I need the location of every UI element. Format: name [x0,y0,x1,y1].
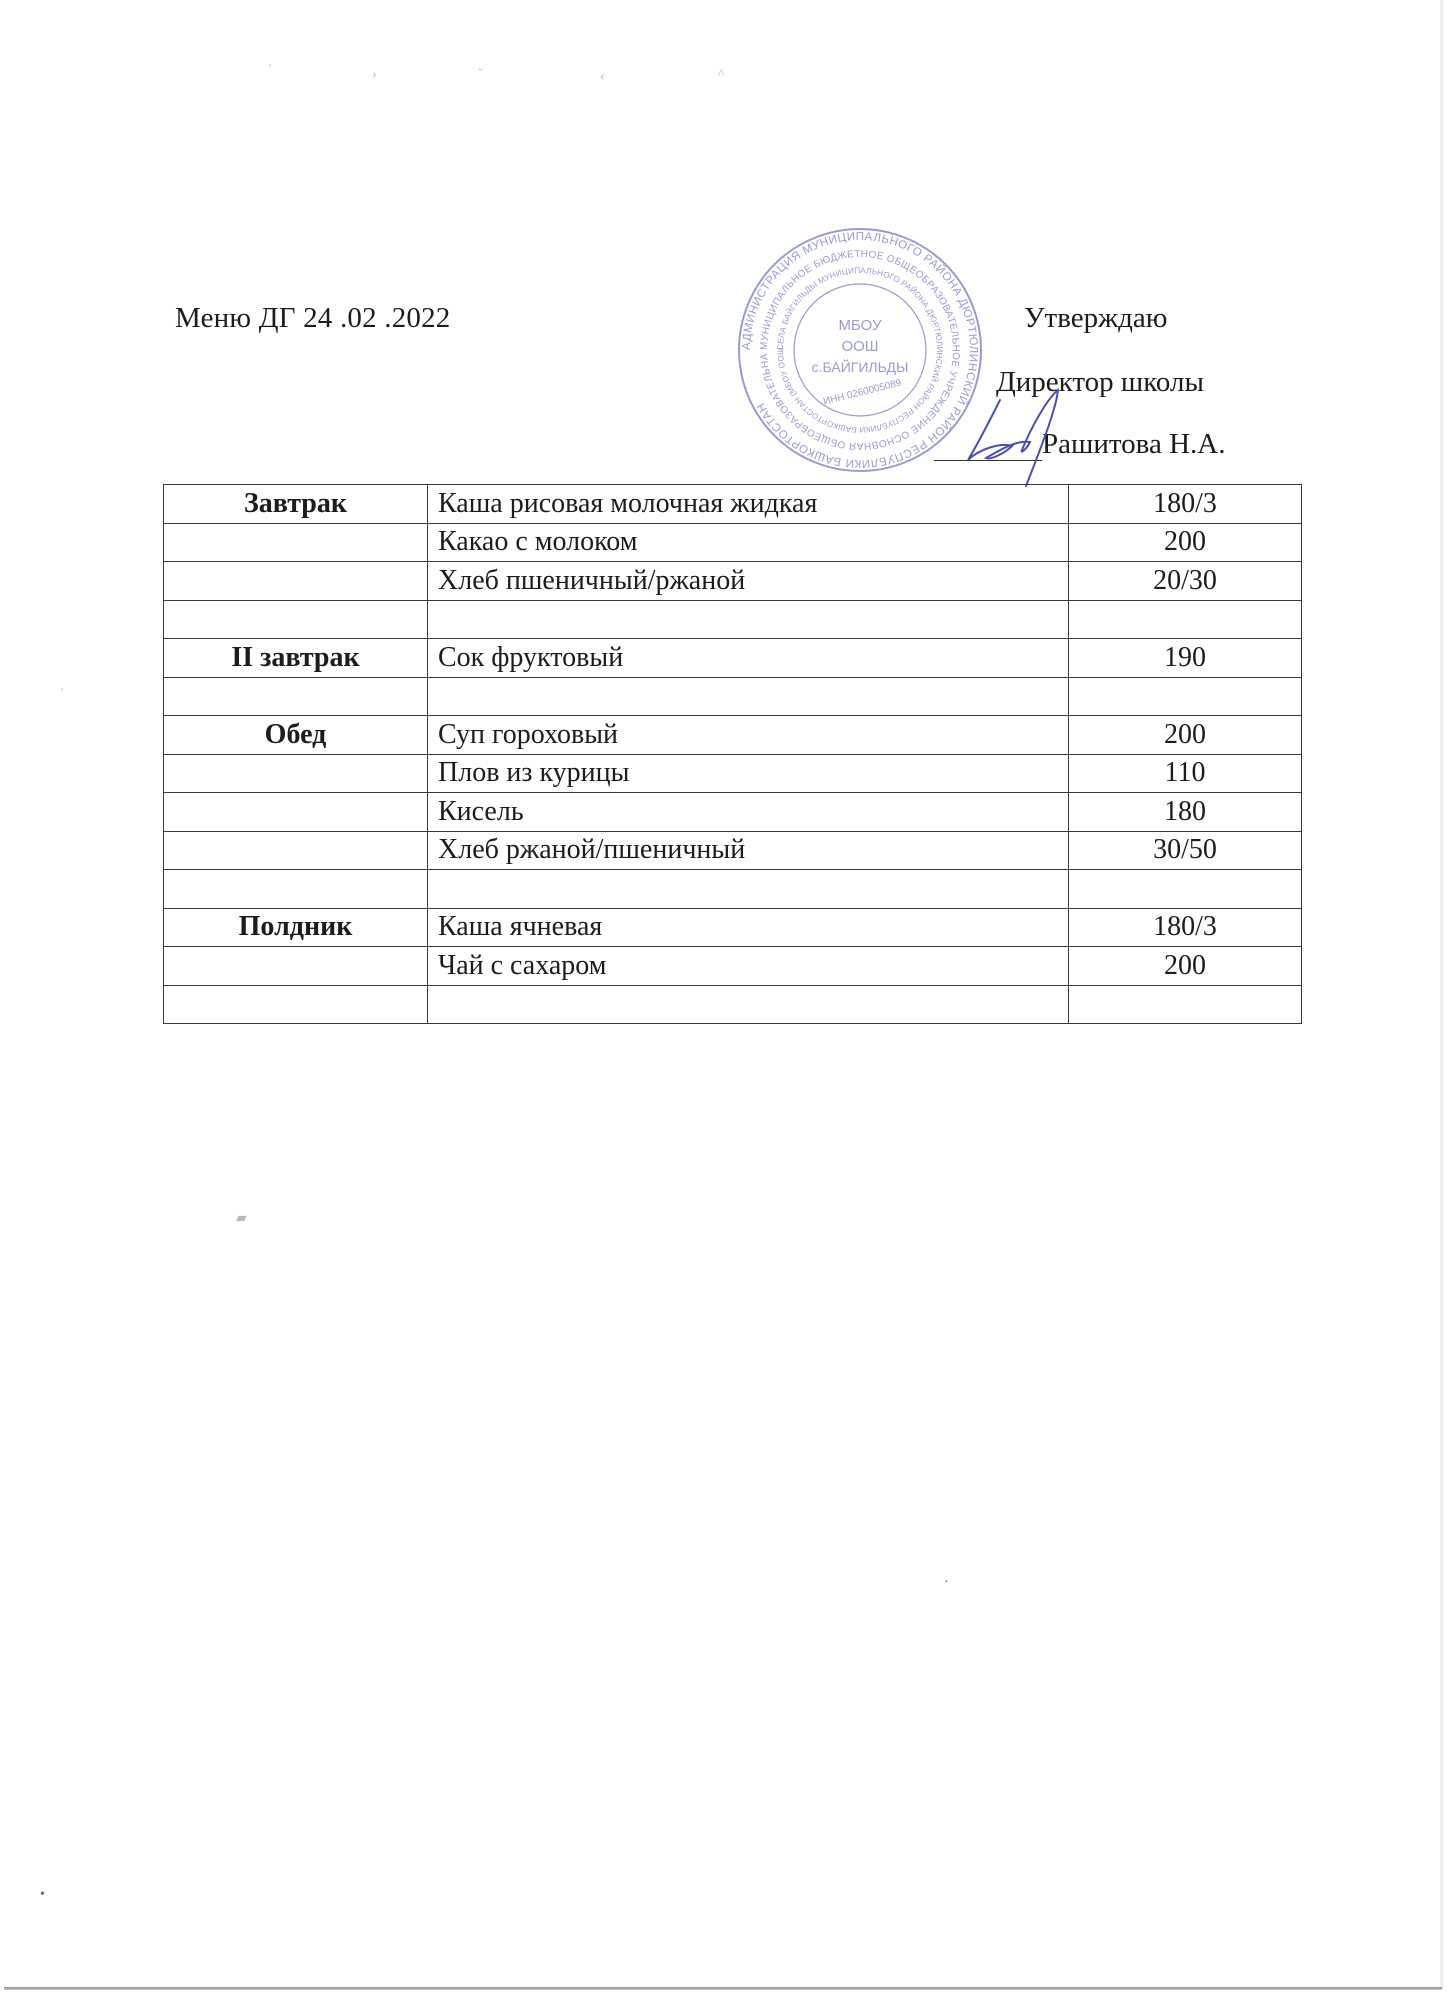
portion-cell: 200 [1069,523,1302,562]
dish-cell [428,600,1069,639]
meal-cell [164,562,428,601]
portion-cell [1069,870,1302,909]
meal-cell: Полдник [164,908,428,947]
menu-row: II завтракСок фруктовый190 [164,639,1302,678]
dish-cell: Кисель [428,793,1069,832]
meal-cell [164,523,428,562]
dish-cell: Суп гороховый [428,716,1069,755]
portion-cell: 180/3 [1069,908,1302,947]
approval-heading: Утверждаю [1024,302,1167,335]
meal-cell: II завтрак [164,639,428,678]
stamp-center-line-3: с.БАЙГИЛЬДЫ [812,358,909,375]
scan-speck: ‹ [600,70,605,84]
dish-cell [428,985,1069,1024]
meal-cell: Завтрак [164,485,428,524]
scan-speck: · [944,1576,949,1590]
dish-cell: Сок фруктовый [428,639,1069,678]
menu-row: Кисель180 [164,793,1302,832]
meal-cell [164,793,428,832]
menu-row [164,600,1302,639]
menu-row: Хлеб ржаной/пшеничный30/50 [164,831,1302,870]
menu-row: ОбедСуп гороховый200 [164,716,1302,755]
scan-speck: ^ [718,68,725,82]
portion-cell: 180/3 [1069,485,1302,524]
document-title: Меню ДГ 24 .02 .2022 [175,302,451,335]
portion-cell [1069,677,1302,716]
dish-cell: Плов из курицы [428,754,1069,793]
menu-row: Плов из курицы110 [164,754,1302,793]
portion-cell: 20/30 [1069,562,1302,601]
scan-speck: ▰ [236,1212,247,1226]
menu-row: Чай с сахаром200 [164,947,1302,986]
scan-speck: › [372,68,377,82]
portion-cell: 200 [1069,947,1302,986]
menu-table: ЗавтракКаша рисовая молочная жидкая180/3… [163,484,1302,1024]
dish-cell: Каша рисовая молочная жидкая [428,485,1069,524]
dish-cell: Каша ячневая [428,908,1069,947]
portion-cell: 200 [1069,716,1302,755]
menu-row [164,985,1302,1024]
portion-cell: 110 [1069,754,1302,793]
menu-row [164,677,1302,716]
scan-speck: · [60,684,65,698]
stamp-inn: ИНН 0260005089 [822,377,903,407]
meal-cell: Обед [164,716,428,755]
portion-cell: 30/50 [1069,831,1302,870]
dish-cell: Хлеб пшеничный/ржаной [428,562,1069,601]
meal-cell [164,947,428,986]
portion-cell [1069,985,1302,1024]
menu-row: ПолдникКаша ячневая180/3 [164,908,1302,947]
meal-cell [164,870,428,909]
menu-row [164,870,1302,909]
dish-cell [428,677,1069,716]
meal-cell [164,831,428,870]
meal-cell [164,754,428,793]
menu-row: Хлеб пшеничный/ржаной20/30 [164,562,1302,601]
scan-speck: · [268,60,273,74]
dish-cell: Какао с молоком [428,523,1069,562]
portion-cell: 180 [1069,793,1302,832]
portion-cell [1069,600,1302,639]
meal-cell [164,600,428,639]
menu-row: ЗавтракКаша рисовая молочная жидкая180/3 [164,485,1302,524]
menu-row: Какао с молоком200 [164,523,1302,562]
dish-cell [428,870,1069,909]
page-edge-bottom [4,1987,1442,1990]
stamp-center-line-2: ООШ [841,338,878,355]
portion-cell: 190 [1069,639,1302,678]
dish-cell: Хлеб ржаной/пшеничный [428,831,1069,870]
meal-cell [164,677,428,716]
page-edge-right [1440,0,1443,1990]
official-stamp: АДМИНИСТРАЦИЯ МУНИЦИПАЛЬНОГО РАЙОНА ДЮРТ… [735,225,985,475]
handwritten-signature [960,380,1070,490]
scan-speck: ˇ [478,68,483,82]
meal-cell [164,985,428,1024]
dish-cell: Чай с сахаром [428,947,1069,986]
stamp-center-line-1: МБОУ [838,317,882,334]
scan-speck: • [40,1888,45,1902]
